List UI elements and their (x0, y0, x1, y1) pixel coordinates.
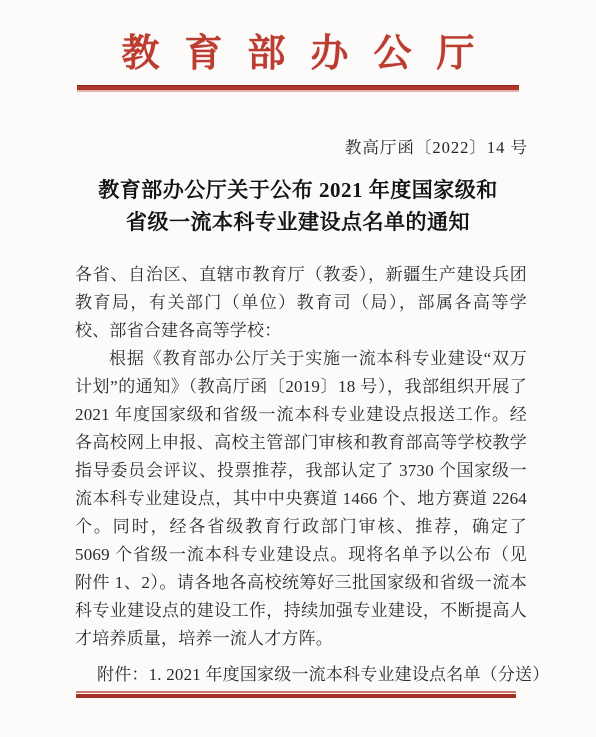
document-title: 教育部办公厅关于公布 2021 年度国家级和 省级一流本科专业建设点名单的通知 (30, 174, 566, 238)
letterhead-red-rule (77, 85, 519, 90)
attachment-line: 附件：1. 2021 年度国家级一流本科专业建设点名单（分送） (75, 661, 555, 689)
salutation-paragraph: 各省、自治区、直辖市教育厅（教委），新疆生产建设兵团教育局，有关部门（单位）教育… (75, 261, 527, 345)
footer-rule-thick-line (76, 694, 516, 698)
document-title-line-1: 教育部办公厅关于公布 2021 年度国家级和 (30, 174, 566, 206)
footer-rule-thin-line (76, 691, 516, 693)
document-title-line-2: 省级一流本科专业建设点名单的通知 (30, 206, 566, 238)
official-document-page: 教育部办公厅 教高厅函〔2022〕14 号 教育部办公厅关于公布 2021 年度… (0, 0, 596, 737)
main-body-paragraph: 根据《教育部办公厅关于实施一流本科专业建设“双万计划”的通知》（教高厅函〔201… (75, 345, 527, 653)
letterhead-issuer-title: 教育部办公厅 (0, 22, 596, 77)
footer-separator-rule (76, 691, 516, 698)
document-reference-number: 教高厅函〔2022〕14 号 (345, 134, 528, 158)
document-body: 各省、自治区、直辖市教育厅（教委），新疆生产建设兵团教育局，有关部门（单位）教育… (75, 261, 527, 653)
